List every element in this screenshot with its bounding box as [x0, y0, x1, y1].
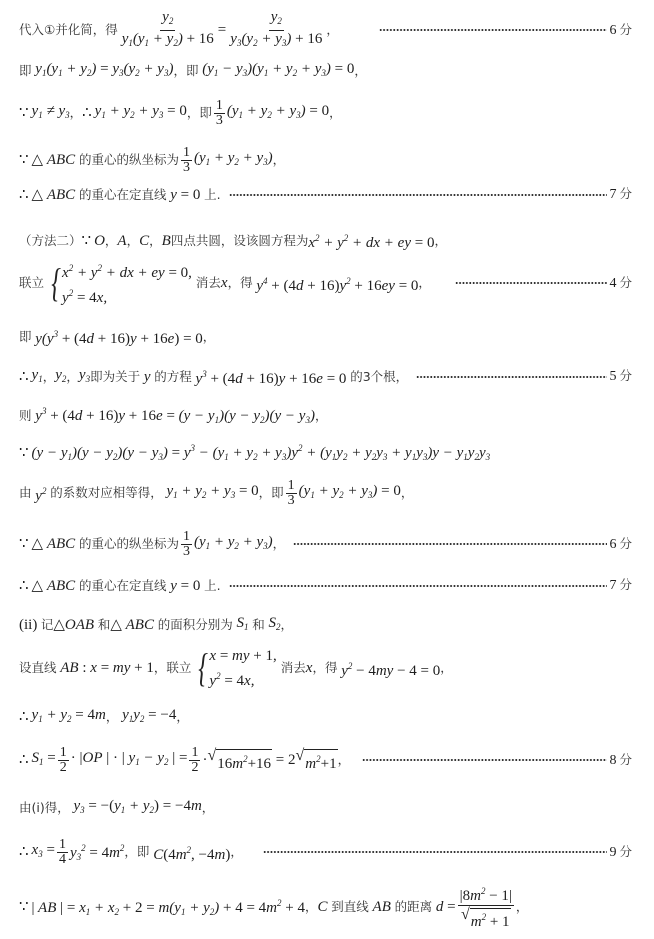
solution-line-16: 设直线 AB : x = my + 1 ，联立 { x = my + 1, y2…	[19, 645, 632, 691]
text-substitute: 代入①并化简，得	[19, 21, 118, 39]
score-marker: 6分	[609, 535, 632, 554]
solution-line-5: ∴△ ABC 的重心在定直线 y = 0 上. 7分	[19, 185, 632, 204]
dotted-leader	[229, 194, 608, 196]
solution-line-7: 联立 { x2 + y2 + dx + ey = 0, y2 = 4x, 消去x…	[19, 260, 632, 306]
solution-line-6: （方法二） ∵ O，A，C，B 四点共圆，设该圆方程为 x2 + y2 + dx…	[19, 229, 632, 252]
dotted-leader	[362, 759, 607, 761]
dotted-leader	[263, 851, 608, 853]
solution-line-20: ∴ x3 = 14 y32 = 4m2 ，即 C(4m2, −4m)， 9分	[19, 832, 632, 872]
solution-line-12: 由 y2 的系数对应相等得， y1 + y2 + y3 = 0 ，即 13 (y…	[19, 476, 632, 510]
dotted-leader	[229, 585, 608, 587]
fraction-left: y2 y1(y1 + y2) + 16	[120, 9, 216, 52]
solution-line-9: ∴ y1，y2，y3 即为关于 y 的方程 y3 + (4d + 16)y + …	[19, 365, 632, 388]
solution-line-1: 代入①并化简，得 y2 y1(y1 + y2) + 16 = y2 y3(y2 …	[19, 8, 632, 52]
solution-line-8: 即 y(y3 + (4d + 16)y + 16e) = 0，	[19, 325, 632, 348]
solution-line-15: (ii) 记△OAB 和△ ABC 的面积分别为 S1 和 S2，	[19, 614, 632, 636]
solution-line-13: ∵△ ABC 的重心的纵坐标为 13 (y1 + y2 + y3)， 6分	[19, 527, 632, 561]
solution-line-18: ∴ S1 = 12 · |OP | · | y1 − y2 | = 12 · √…	[19, 740, 632, 780]
score-marker: 5分	[609, 367, 632, 386]
solution-line-10: 则 y3 + (4d + 16)y + 16e = (y − y1)(y − y…	[19, 402, 632, 429]
score-marker: 8分	[609, 751, 632, 770]
solution-line-21: ∵ | AB | = x1 + x2 + 2 = m(y1 + y2) + 4 …	[19, 884, 632, 930]
dotted-leader	[416, 376, 607, 378]
fraction-distance: |8m2 − 1| √m2 + 1	[458, 883, 514, 931]
solution-line-19: 由(i)得， y3 = −(y1 + y2) = −4m，	[19, 797, 632, 819]
fraction-right: y2 y3(y2 + y3) + 16	[228, 9, 324, 52]
solution-line-2: 即 y1(y1 + y2) = y3(y2 + y3) ，即 (y1 − y3)…	[19, 60, 632, 82]
solution-line-14: ∴△ ABC 的重心在定直线 y = 0 上. 7分	[19, 576, 632, 595]
solution-line-17: ∴ y1 + y2 = 4m， y1y2 = −4，	[19, 706, 632, 728]
equation-system: { x = my + 1, y2 = 4x,	[195, 646, 276, 691]
solution-line-11: ∵ (y − y1)(y − y2)(y − y3) = y3 − (y1 + …	[19, 439, 632, 466]
square-root: √m2+1	[296, 747, 338, 773]
score-marker: 4分	[609, 274, 632, 293]
score-marker: 6分	[609, 21, 632, 40]
solution-line-4: ∵△ ABC 的重心的纵坐标为 13 (y1 + y2 + y3)，	[19, 143, 632, 177]
fraction-one-third: 13	[214, 99, 225, 128]
equation-system: { x2 + y2 + dx + ey = 0, y2 = 4x,	[48, 258, 192, 308]
score-marker: 7分	[609, 185, 632, 204]
score-marker: 9分	[609, 843, 632, 862]
dotted-leader	[293, 543, 607, 545]
solution-line-3: ∵ y1 ≠ y3， ∴ y1 + y2 + y3 = 0 ，即 13 (y1 …	[19, 96, 632, 130]
score-marker: 7分	[609, 576, 632, 595]
dotted-leader	[455, 282, 608, 284]
dotted-leader	[379, 29, 608, 31]
square-root: √16m2+16	[207, 747, 272, 773]
